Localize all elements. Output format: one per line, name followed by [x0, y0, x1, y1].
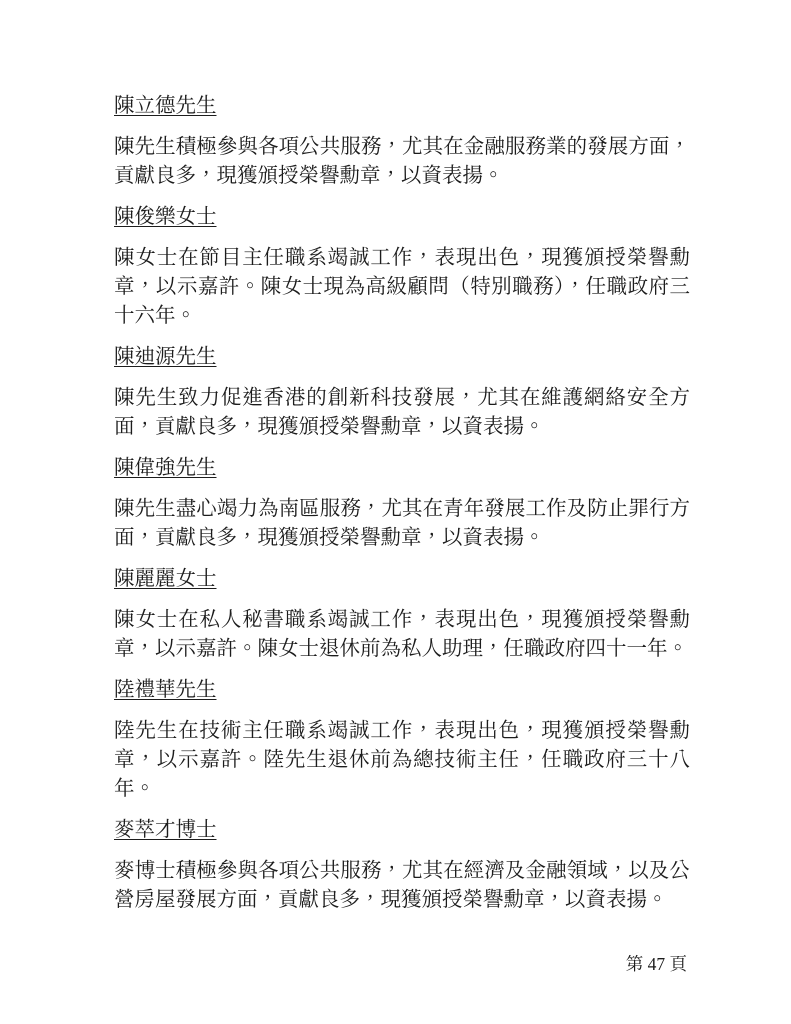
- entry-name-heading: 陳偉強先生: [114, 454, 690, 483]
- entry-citation: 陳女士在私人秘書職系竭誠工作，表現出色，現獲頒授榮譽勳章，以示嘉許。陳女士退休前…: [114, 606, 690, 664]
- honours-list-content: 陳立德先生 陳先生積極參與各項公共服務，尤其在金融服務業的發展方面，貢獻良多，現…: [114, 92, 690, 927]
- honour-entry: 陳立德先生 陳先生積極參與各項公共服務，尤其在金融服務業的發展方面，貢獻良多，現…: [114, 92, 690, 191]
- entry-name-heading: 陳迪源先生: [114, 343, 690, 372]
- entry-citation: 陳先生積極參與各項公共服務，尤其在金融服務業的發展方面，貢獻良多，現獲頒授榮譽勳…: [114, 133, 690, 191]
- honour-entry: 陳麗麗女士 陳女士在私人秘書職系竭誠工作，表現出色，現獲頒授榮譽勳章，以示嘉許。…: [114, 565, 690, 664]
- entry-name-heading: 陸禮華先生: [114, 676, 690, 705]
- document-page: 陳立德先生 陳先生積極參與各項公共服務，尤其在金融服務業的發展方面，貢獻良多，現…: [0, 0, 791, 1024]
- entry-citation: 麥博士積極參與各項公共服務，尤其在經濟及金融領域，以及公營房屋發展方面，貢獻良多…: [114, 857, 690, 915]
- entry-name-heading: 陳麗麗女士: [114, 565, 690, 594]
- entry-citation: 陸先生在技術主任職系竭誠工作，表現出色，現獲頒授榮譽勳章，以示嘉許。陸先生退休前…: [114, 717, 690, 804]
- honour-entry: 陳俊樂女士 陳女士在節目主任職系竭誠工作，表現出色，現獲頒授榮譽勳章，以示嘉許。…: [114, 203, 690, 331]
- entry-citation: 陳先生盡心竭力為南區服務，尤其在青年發展工作及防止罪行方面，貢獻良多，現獲頒授榮…: [114, 495, 690, 553]
- honour-entry: 陸禮華先生 陸先生在技術主任職系竭誠工作，表現出色，現獲頒授榮譽勳章，以示嘉許。…: [114, 676, 690, 804]
- entry-name-heading: 陳俊樂女士: [114, 203, 690, 232]
- page-number: 第 47 頁: [626, 953, 687, 975]
- entry-name-heading: 陳立德先生: [114, 92, 690, 121]
- entry-citation: 陳女士在節目主任職系竭誠工作，表現出色，現獲頒授榮譽勳章，以示嘉許。陳女士現為高…: [114, 244, 690, 331]
- honour-entry: 陳迪源先生 陳先生致力促進香港的創新科技發展，尤其在維護網絡安全方面，貢獻良多，…: [114, 343, 690, 442]
- entry-name-heading: 麥萃才博士: [114, 816, 690, 845]
- honour-entry: 陳偉強先生 陳先生盡心竭力為南區服務，尤其在青年發展工作及防止罪行方面，貢獻良多…: [114, 454, 690, 553]
- honour-entry: 麥萃才博士 麥博士積極參與各項公共服務，尤其在經濟及金融領域，以及公營房屋發展方…: [114, 816, 690, 915]
- entry-citation: 陳先生致力促進香港的創新科技發展，尤其在維護網絡安全方面，貢獻良多，現獲頒授榮譽…: [114, 384, 690, 442]
